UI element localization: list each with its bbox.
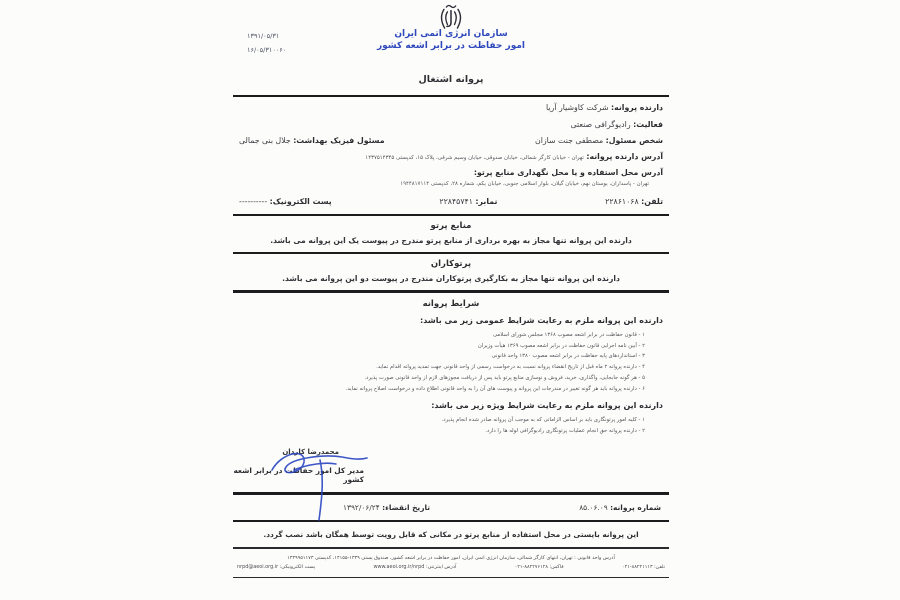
- org-line1: سازمان انرژی اتمی ایران: [233, 28, 669, 40]
- license-number-value: ۸۵.۰۶.۰۹: [579, 503, 608, 512]
- footer-email: پست الکترونیکی: nrpd@aeoi.org.ir: [237, 563, 315, 572]
- special-conditions-heading: دارنده این پروانه ملزم به رعایت شرایط وی…: [239, 401, 663, 410]
- special-conditions-list: ۱ - کلیه امور پرتونگاری باید بر اساس الز…: [239, 415, 663, 437]
- list-item: ۶ - دارنده پروانه باید هر گونه تغییر در …: [239, 384, 645, 395]
- holder-address-row: آدرس دارنده پروانه: تهران - خیابان کارگر…: [239, 152, 663, 162]
- use-address-label: آدرس محل استفاده و یا محل نگهداری منابع …: [474, 168, 663, 177]
- responsible-label: شخص مسئول:: [606, 136, 663, 145]
- general-conditions-list: ۱ - قانون حفاظت در برابر اشعه مصوب ۱۳۶۸ …: [239, 330, 663, 395]
- list-item: ۳ - استانداردهای پایه حفاظت در برابر اشع…: [239, 351, 645, 362]
- signature-block: محمدرضا کاردان مدیر کل امور حفاظت در برا…: [233, 442, 669, 492]
- holder-address-value: تهران - خیابان کارگر شمالی، خیابان صدوقی…: [365, 155, 584, 161]
- workers-section-title: پرتوکاران: [237, 259, 665, 269]
- document-body: سازمان انرژی اتمی ایران امور حفاظت در بر…: [233, 0, 669, 600]
- phone-field: تلفن: ۲۲۸۶۱۰۶۸: [605, 197, 663, 207]
- holder-value: شرکت کاوشیار آریا: [546, 103, 609, 112]
- phone-value: ۲۲۸۶۱۰۶۸: [605, 197, 639, 206]
- list-item: ۲ - دارنده پروانه حق انجام عملیات پرتونگ…: [239, 426, 645, 437]
- footer-phone: تلفن: ۸۸۲۲۱۱۱۳-۰۲۱: [622, 563, 665, 572]
- list-item: ۴ - دارنده پروانه ۲ ماه قبل از تاریخ انق…: [239, 362, 645, 373]
- email-label: پست الکترونیک:: [270, 197, 332, 206]
- list-item: ۱ - قانون حفاظت در برابر اشعه مصوب ۱۳۶۸ …: [239, 330, 645, 341]
- holder-row: دارنده پروانه: شرکت کاوشیار آریا: [239, 103, 663, 113]
- sources-section-text: دارنده این پروانه تنها مجاز به بهره بردا…: [237, 236, 665, 245]
- responsible-person: شخص مسئول: مصطفی جنت سازان: [535, 136, 663, 146]
- responsible-value: مصطفی جنت سازان: [535, 136, 603, 145]
- license-conditions-section: شرایط پروانه دارنده این پروانه ملزم به ر…: [233, 293, 669, 437]
- footer-website: آدرس اینترنتی: www.aeoi.org.ir/nrpd: [373, 563, 456, 572]
- expiry-date-label: تاریخ انقضاء:: [382, 503, 430, 512]
- fax-value: ۲۲۸۴۵۷۴۱: [439, 197, 473, 206]
- holder-info-block: دارنده پروانه: شرکت کاوشیار آریا فعالیت:…: [233, 97, 669, 206]
- use-address-value-row: تهران - پاسداران، بوستان نهم، خیابان گیل…: [239, 181, 663, 188]
- activity-row: فعالیت: رادیوگرافی صنعتی: [239, 120, 663, 130]
- reference-number: ۱۶/۰۵/۳۱۰۰۶۰: [247, 43, 286, 57]
- org-line2: امور حفاظت در برابر اشعه کشور: [233, 40, 669, 52]
- license-number-field: شماره پروانه: ۸۵.۰۶.۰۹: [579, 503, 661, 512]
- physics-value: جلال بنی جمالی: [239, 136, 291, 145]
- workers-section-text: دارنده این پروانه تنها مجاز به بکارگیری …: [237, 274, 665, 283]
- radiation-workers-section: پرتوکاران دارنده این پروانه تنها مجاز به…: [233, 254, 669, 290]
- header-dates: ۱۳۹۱/۰۵/۳۱ ۱۶/۰۵/۳۱۰۰۶۰: [247, 29, 286, 58]
- general-conditions-heading: دارنده این پروانه ملزم به رعایت شرایط عم…: [239, 316, 663, 325]
- footer-contact-line: تلفن: ۸۸۲۲۱۱۱۳-۰۲۱ فاکس: ۸۸۲۲۷۶۱۲۸-۰۲۱ آ…: [237, 563, 665, 572]
- issue-date: ۱۳۹۱/۰۵/۳۱: [247, 29, 286, 43]
- document-footer: آدرس واحد قانونی : تهران، انتهای کارگر ش…: [233, 549, 669, 578]
- activity-value: رادیوگرافی صنعتی: [571, 120, 631, 129]
- phone-label: تلفن:: [641, 197, 663, 206]
- page-title: پروانه اشتغال: [233, 74, 669, 85]
- use-address-label-row: آدرس محل استفاده و یا محل نگهداری منابع …: [239, 168, 663, 178]
- license-number-label: شماره پروانه:: [610, 503, 661, 512]
- footer-address-line: آدرس واحد قانونی : تهران، انتهای کارگر ش…: [237, 554, 665, 563]
- email-value: ----------: [239, 197, 267, 206]
- holder-label: دارنده پروانه:: [611, 103, 663, 112]
- divider: [233, 577, 669, 578]
- document-header: سازمان انرژی اتمی ایران امور حفاظت در بر…: [233, 0, 669, 95]
- physics-label: مسئول فیزیک بهداشت:: [293, 136, 384, 145]
- sources-section-title: منابع پرتو: [237, 221, 665, 231]
- list-item: ۲ - آیین نامه اجرایی قانون حفاظت در براب…: [239, 341, 645, 352]
- fax-label: نمابر:: [475, 197, 497, 206]
- list-item: ۵ - هر گونه جابجایی، واگذاری، خرید، فروش…: [239, 373, 645, 384]
- activity-label: فعالیت:: [633, 120, 663, 129]
- health-physics-officer: مسئول فیزیک بهداشت: جلال بنی جمالی: [239, 136, 385, 146]
- email-field: پست الکترونیک: ----------: [239, 197, 332, 207]
- scanned-license-document: سازمان انرژی اتمی ایران امور حفاظت در بر…: [0, 0, 900, 600]
- organization-name: سازمان انرژی اتمی ایران امور حفاظت در بر…: [233, 28, 669, 52]
- contact-row: تلفن: ۲۲۸۶۱۰۶۸ نمابر: ۲۲۸۴۵۷۴۱ پست الکتر…: [239, 197, 663, 207]
- footer-fax: فاکس: ۸۸۲۲۷۶۱۲۸-۰۲۱: [515, 563, 564, 572]
- fax-field: نمابر: ۲۲۸۴۵۷۴۱: [439, 197, 497, 207]
- holder-address-label: آدرس دارنده پروانه:: [586, 152, 663, 161]
- responsible-row: شخص مسئول: مصطفی جنت سازان مسئول فیزیک ب…: [239, 136, 663, 146]
- handwritten-signature: [264, 440, 374, 528]
- radiation-sources-section: منابع پرتو دارنده این پروانه تنها مجاز ب…: [233, 216, 669, 252]
- conditions-title: شرایط پروانه: [239, 299, 663, 309]
- list-item: ۱ - کلیه امور پرتونگاری باید بر اساس الز…: [239, 415, 645, 426]
